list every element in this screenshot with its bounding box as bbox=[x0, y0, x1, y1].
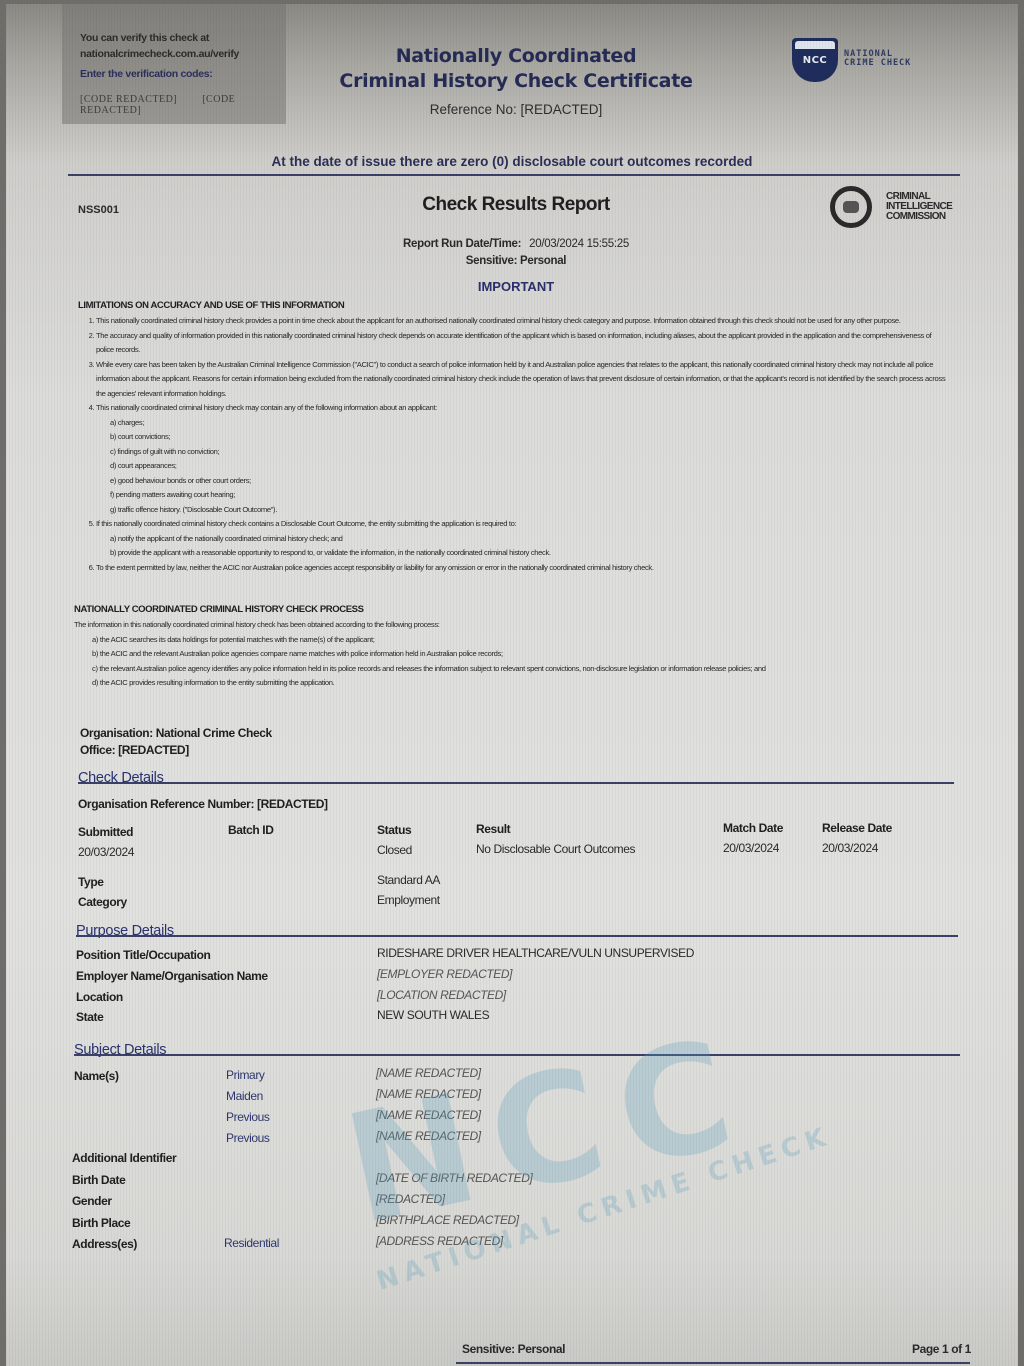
birth-date-value: [DATE OF BIRTH REDACTED] bbox=[376, 1171, 532, 1185]
entity-obligation-item: provide the applicant with a reasonable … bbox=[110, 546, 948, 561]
information-type-item: good behaviour bonds or other court orde… bbox=[110, 474, 948, 489]
zero-outcomes-banner: At the date of issue there are zero (0) … bbox=[6, 154, 1018, 169]
purpose-label: Position Title/Occupation bbox=[76, 948, 210, 962]
process-step: the ACIC searches its data holdings for … bbox=[92, 633, 954, 648]
information-type-item: court appearances; bbox=[110, 459, 948, 474]
report-run-datetime: Report Run Date/Time:20/03/2024 15:55:25 bbox=[306, 238, 726, 250]
category-label: Category bbox=[78, 895, 127, 909]
verification-code: [CODE REDACTED] bbox=[80, 94, 177, 105]
address-value: [ADDRESS REDACTED] bbox=[376, 1234, 503, 1248]
organisation-name: Organisation: National Crime Check bbox=[80, 726, 272, 740]
match-date-header: Match Date bbox=[723, 821, 783, 835]
ncc-logo: NCC NATIONAL CRIME CHECK bbox=[792, 38, 952, 88]
process-step: the relevant Australian police agency id… bbox=[92, 662, 954, 677]
name-value: [NAME REDACTED] bbox=[376, 1066, 481, 1080]
ncc-logo-text: NATIONAL CRIME CHECK bbox=[844, 50, 911, 68]
purpose-label: State bbox=[76, 1010, 103, 1024]
certificate-title: Nationally Coordinated Criminal History … bbox=[306, 44, 726, 94]
information-type-item: charges; bbox=[110, 416, 948, 431]
entity-obligation-item: notify the applicant of the nationally c… bbox=[110, 532, 948, 547]
divider bbox=[74, 1054, 960, 1056]
verify-url[interactable]: nationalcrimecheck.com.au/verify bbox=[80, 48, 239, 60]
verify-instruction: You can verify this check at bbox=[80, 32, 209, 44]
divider bbox=[68, 174, 960, 176]
purpose-value: [LOCATION REDACTED] bbox=[377, 988, 506, 1002]
subject-details-title: Subject Details bbox=[74, 1042, 166, 1058]
limitations-heading: LIMITATIONS ON ACCURACY AND USE OF THIS … bbox=[78, 300, 344, 311]
verification-codes: [CODE REDACTED] [CODE REDACTED] bbox=[80, 94, 286, 116]
org-reference-number: Organisation Reference Number: [REDACTED… bbox=[78, 797, 328, 811]
address-type: Residential bbox=[224, 1236, 279, 1250]
submitted-header: Submitted bbox=[78, 825, 133, 839]
information-type-item: pending matters awaiting court hearing; bbox=[110, 488, 948, 503]
report-title: Check Results Report bbox=[306, 194, 726, 216]
result-header: Result bbox=[476, 822, 510, 836]
information-type-item: traffic offence history. ("Disclosable C… bbox=[110, 503, 948, 518]
birth-place-label: Birth Place bbox=[72, 1216, 130, 1230]
submitted-value: 20/03/2024 bbox=[78, 845, 134, 859]
release-date-header: Release Date bbox=[822, 821, 892, 835]
name-type: Primary bbox=[226, 1068, 265, 1082]
acic-logo-text: CRIMINAL INTELLIGENCE COMMISSION bbox=[886, 192, 952, 222]
purpose-details-title: Purpose Details bbox=[76, 923, 174, 939]
purpose-value: [EMPLOYER REDACTED] bbox=[377, 967, 512, 981]
sensitivity-label: Sensitive: Personal bbox=[306, 255, 726, 267]
match-date-value: 20/03/2024 bbox=[723, 841, 779, 855]
address-label: Address(es) bbox=[72, 1237, 137, 1251]
birth-date-label: Birth Date bbox=[72, 1173, 125, 1187]
verify-codes-label: Enter the verification codes: bbox=[80, 68, 213, 80]
purpose-value: NEW SOUTH WALES bbox=[377, 1008, 489, 1022]
process-step: the ACIC and the relevant Australian pol… bbox=[92, 647, 954, 662]
footer-divider bbox=[456, 1362, 970, 1364]
process-heading: NATIONALLY COORDINATED CRIMINAL HISTORY … bbox=[74, 604, 364, 615]
office-code: Office: [REDACTED] bbox=[80, 743, 189, 757]
purpose-label: Location bbox=[76, 990, 123, 1004]
verification-box: You can verify this check at nationalcri… bbox=[62, 4, 286, 124]
page-number: Page 1 of 1 bbox=[912, 1342, 971, 1356]
type-value: Standard AA bbox=[377, 873, 440, 887]
limitations-list: This nationally coordinated criminal his… bbox=[78, 314, 948, 575]
purpose-value: RIDESHARE DRIVER HEALTHCARE/VULN UNSUPER… bbox=[377, 946, 694, 960]
footer-sensitivity: Sensitive: Personal bbox=[462, 1342, 565, 1356]
reference-number: Reference No: [REDACTED] bbox=[306, 102, 726, 117]
certificate-page: You can verify this check at nationalcri… bbox=[6, 4, 1018, 1366]
acic-logo: CRIMINAL INTELLIGENCE COMMISSION bbox=[830, 186, 970, 236]
check-details-title: Check Details bbox=[78, 770, 164, 786]
name-value: [NAME REDACTED] bbox=[376, 1087, 481, 1101]
information-type-item: findings of guilt with no conviction; bbox=[110, 445, 948, 460]
category-value: Employment bbox=[377, 893, 440, 907]
birth-place-value: [BIRTHPLACE REDACTED] bbox=[376, 1213, 519, 1227]
name-type: Previous bbox=[226, 1131, 270, 1145]
shield-icon: NCC bbox=[792, 38, 838, 82]
process-list: The information in this nationally coord… bbox=[74, 618, 954, 691]
name-value: [NAME REDACTED] bbox=[376, 1129, 481, 1143]
name-type: Maiden bbox=[226, 1089, 263, 1103]
names-label: Name(s) bbox=[74, 1069, 119, 1083]
release-date-value: 20/03/2024 bbox=[822, 841, 878, 855]
status-value: Closed bbox=[377, 843, 412, 857]
divider bbox=[76, 935, 958, 937]
purpose-label: Employer Name/Organisation Name bbox=[76, 969, 268, 983]
batch-id-header: Batch ID bbox=[228, 823, 273, 837]
additional-identifier-label: Additional Identifier bbox=[72, 1151, 176, 1165]
type-label: Type bbox=[78, 875, 104, 889]
result-value: No Disclosable Court Outcomes bbox=[476, 842, 635, 856]
information-type-item: court convictions; bbox=[110, 430, 948, 445]
report-code: NSS001 bbox=[78, 204, 119, 216]
gender-label: Gender bbox=[72, 1194, 112, 1208]
name-type: Previous bbox=[226, 1110, 270, 1124]
name-value: [NAME REDACTED] bbox=[376, 1108, 481, 1122]
gender-value: [REDACTED] bbox=[376, 1192, 445, 1206]
process-step: the ACIC provides resulting information … bbox=[92, 676, 954, 691]
important-heading: IMPORTANT bbox=[306, 279, 726, 294]
coat-of-arms-icon bbox=[830, 186, 872, 228]
divider bbox=[78, 782, 954, 784]
status-header: Status bbox=[377, 823, 411, 837]
